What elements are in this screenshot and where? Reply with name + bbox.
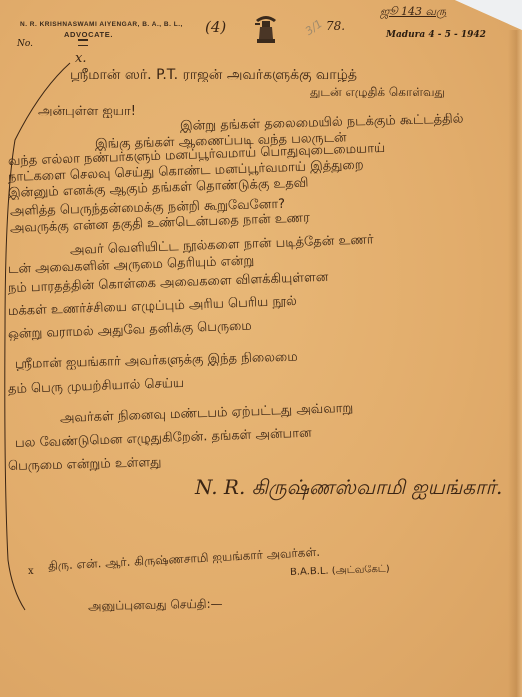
body-line: பல வேண்டுமென எழுதுகிறேன். தங்கள் அன்பான [15, 419, 520, 450]
ink-number: 78. [326, 20, 345, 32]
addressee-line-1: ஸ்ரீமான் ஸர். P.T. ராஜன் அவர்களுக்கு வாழ… [70, 68, 520, 82]
signature: N. R. கிருஷ்ணஸ்வாமி ஐயங்கார். [195, 475, 502, 502]
pencil-note: 3/1 [303, 18, 324, 37]
body-line: பெருமை என்றும் உள்ளது [8, 447, 520, 473]
addressee-line-2: துடன் எழுதிக் கொள்வது [310, 86, 520, 98]
letterhead-name: N. R. KRISHNASWAMI AIYENGAR, B. A., B. L… [20, 21, 183, 28]
letterhead-number-label: No. [17, 39, 33, 49]
footer-qualifications: B.A.B.L. (அட்வகேட்) [290, 561, 490, 578]
footer-marker: x [28, 567, 34, 577]
tamil-date-note: ஜூ 143 வரு [380, 6, 446, 17]
deity-emblem-icon [253, 13, 279, 45]
salutation: அன்புள்ள ஐயா! [38, 105, 198, 118]
margin-mark: x. [75, 52, 86, 65]
place-date: Madura 4 - 5 - 1942 [386, 30, 486, 40]
letterhead-ornament [78, 39, 88, 46]
body-line: அவர்கள் நினைவு மண்டபம் ஏற்பட்டது அவ்வாறு [60, 396, 520, 425]
page-marker: (4) [205, 20, 226, 35]
letter-page: N. R. KRISHNASWAMI AIYENGAR, B. A., B. L… [0, 0, 522, 697]
footer-closing: அனுப்புனவது செய்தி:— [88, 595, 348, 612]
body-line: தம் பெரு முயற்சியால் செய்ய [8, 365, 520, 396]
letterhead-title: ADVOCATE. [64, 30, 113, 39]
